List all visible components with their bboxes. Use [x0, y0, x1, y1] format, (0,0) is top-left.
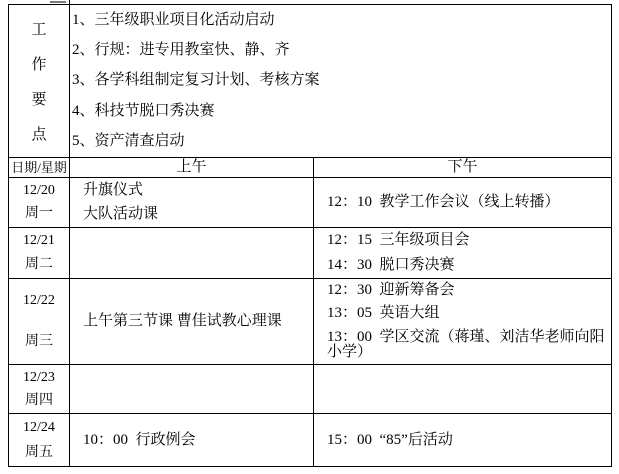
table-row-tuesday: 12/21 周二 12：15 三年级项目会 14：30 脱口秀决赛	[9, 228, 611, 279]
afternoon-cell	[314, 365, 611, 413]
work-points-title-char: 工	[31, 18, 46, 39]
event-entry: 10：00 行政例会	[83, 433, 313, 448]
header-morning: 上午	[70, 158, 314, 177]
date-label: 12/22	[23, 294, 55, 308]
event-entry: 15：00 “85”后活动	[327, 433, 611, 448]
work-point-item: 3、各学科组制定复习计划、考核方案	[72, 73, 611, 88]
afternoon-cell: 12：10 教学工作会议（线上转播）	[314, 178, 611, 227]
work-points-title-char: 要	[31, 88, 46, 109]
event-entry: 14：30 脱口秀决赛	[327, 258, 611, 273]
table-row-monday: 12/20 周一 升旗仪式 大队活动课 12：10 教学工作会议（线上转播）	[9, 178, 611, 228]
date-label: 12/23	[23, 371, 55, 385]
table-row-wednesday: 12/22 周三 上午第三节课 曹佳试教心理课 12：30 迎新筹备会 13：0…	[9, 279, 611, 365]
event-entry: 13：00 学区交流（蒋瑾、刘洁华老师向阳小学）	[327, 330, 611, 360]
table-row-friday: 12/24 周五 10：00 行政例会 15：00 “85”后活动	[9, 414, 611, 466]
work-points-section: 工 作 要 点 1、三年级职业项目化活动启动 2、行规：进专用教室快、静、齐 3…	[9, 5, 611, 158]
morning-cell: 上午第三节课 曹佳试教心理课	[70, 279, 314, 364]
date-label: 12/24	[23, 421, 55, 435]
afternoon-cell: 15：00 “85”后活动	[314, 414, 611, 466]
cropped-row-remnant-dash	[50, 1, 66, 3]
work-points-list: 1、三年级职业项目化活动启动 2、行规：进专用教室快、静、齐 3、各学科组制定复…	[70, 5, 611, 157]
date-cell: 12/21 周二	[9, 228, 70, 278]
work-point-item: 5、资产清查启动	[72, 134, 611, 149]
work-point-item: 2、行规：进专用教室快、静、齐	[72, 43, 611, 58]
work-points-title-char: 作	[31, 53, 46, 74]
date-cell: 12/23 周四	[9, 365, 70, 413]
header-afternoon: 下午	[314, 158, 611, 177]
date-label: 12/21	[23, 234, 55, 248]
weekday-label: 周五	[25, 446, 53, 460]
work-points-title-char: 点	[31, 123, 46, 144]
event-entry: 12：10 教学工作会议（线上转播）	[327, 195, 611, 210]
morning-cell: 升旗仪式 大队活动课	[70, 178, 314, 227]
event-entry: 13：05 英语大组	[327, 306, 611, 321]
weekday-label: 周二	[25, 258, 53, 272]
work-point-item: 1、三年级职业项目化活动启动	[72, 13, 611, 28]
work-points-title: 工 作 要 点	[9, 5, 70, 157]
afternoon-cell: 12：30 迎新筹备会 13：05 英语大组 13：00 学区交流（蒋瑾、刘洁华…	[314, 279, 611, 364]
schedule-header-row: 日期/星期 上午 下午	[9, 158, 611, 178]
work-point-item: 4、科技节脱口秀决赛	[72, 104, 611, 119]
weekday-label: 周四	[25, 394, 53, 408]
schedule-document: 工 作 要 点 1、三年级职业项目化活动启动 2、行规：进专用教室快、静、齐 3…	[0, 0, 619, 474]
date-label: 12/20	[23, 184, 55, 198]
event-entry: 升旗仪式	[83, 183, 313, 198]
event-entry: 大队活动课	[83, 207, 313, 222]
event-entry: 上午第三节课 曹佳试教心理课	[83, 314, 313, 329]
header-date-weekday: 日期/星期	[9, 158, 70, 177]
event-entry: 12：15 三年级项目会	[327, 233, 611, 248]
event-entry: 12：30 迎新筹备会	[327, 283, 611, 298]
table-row-thursday: 12/23 周四	[9, 365, 611, 414]
date-cell: 12/24 周五	[9, 414, 70, 466]
date-cell: 12/22 周三	[9, 279, 70, 364]
morning-cell	[70, 365, 314, 413]
weekday-label: 周一	[25, 207, 53, 221]
afternoon-cell: 12：15 三年级项目会 14：30 脱口秀决赛	[314, 228, 611, 278]
weekday-label: 周三	[25, 335, 53, 349]
morning-cell	[70, 228, 314, 278]
weekly-schedule-table: 工 作 要 点 1、三年级职业项目化活动启动 2、行规：进专用教室快、静、齐 3…	[8, 4, 612, 467]
date-cell: 12/20 周一	[9, 178, 70, 227]
morning-cell: 10：00 行政例会	[70, 414, 314, 466]
